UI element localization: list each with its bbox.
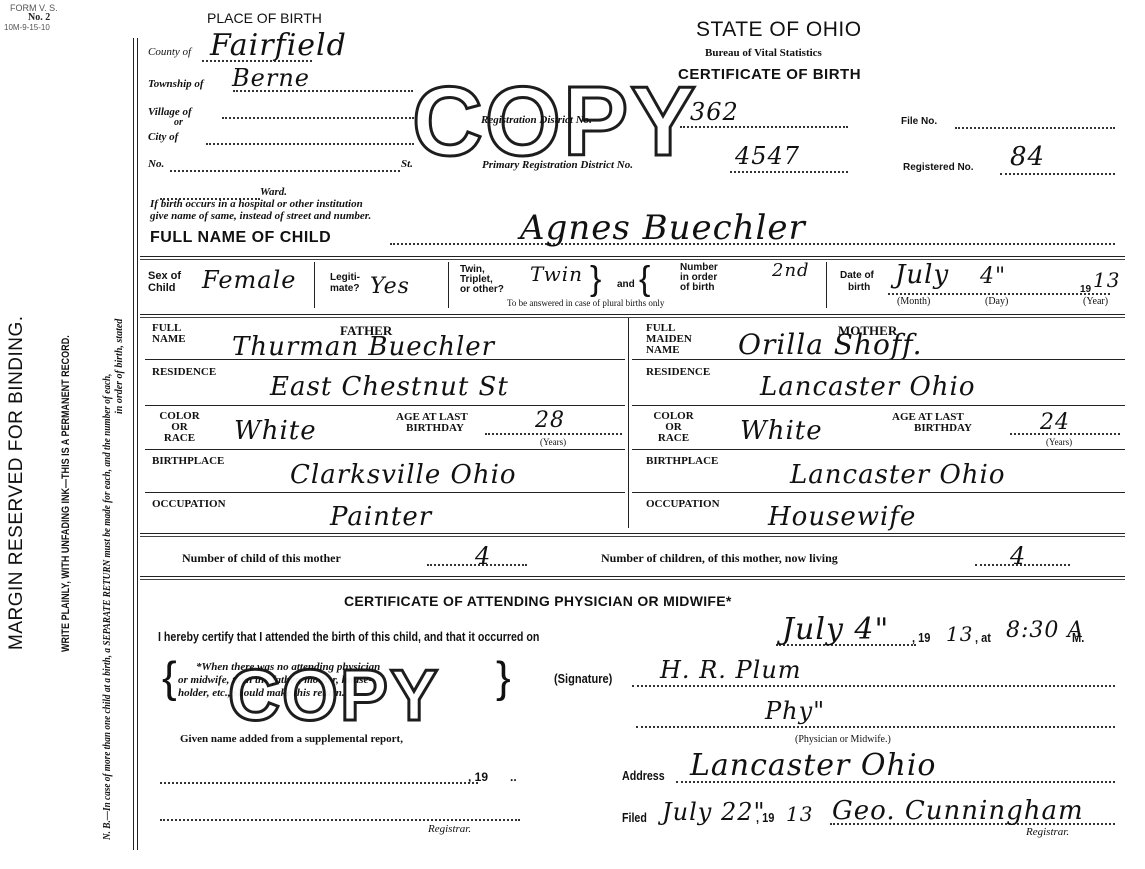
legit-label-2: mate? — [330, 283, 360, 294]
mother-birthplace-rule — [632, 492, 1125, 493]
mother-residence-rule — [632, 405, 1125, 406]
physician-heading: CERTIFICATE OF ATTENDING PHYSICIAN OR MI… — [344, 593, 732, 609]
supplemental-year-suffix: .. — [510, 770, 517, 784]
dob-label-2: birth — [840, 282, 874, 294]
copy-stamp-bottom: COPY — [228, 660, 440, 732]
village-dots — [222, 117, 414, 119]
primary-district-value[interactable]: 4547 — [735, 142, 800, 170]
mother-color-label: COLOR OR RACE — [646, 411, 701, 444]
signature-dots — [632, 685, 1115, 687]
mother-years-caption: (Years) — [1046, 437, 1072, 447]
mother-color-value[interactable]: White — [740, 416, 823, 446]
father-name-value[interactable]: Thurman Buechler — [232, 332, 495, 362]
primary-district-label: Primary Registration District No. — [482, 159, 633, 171]
mother-birthplace-label: BIRTHPLACE — [646, 455, 718, 467]
mother-residence-label: RESIDENCE — [646, 366, 710, 378]
city-dots — [206, 143, 414, 145]
child-number-value[interactable]: 4 — [475, 542, 491, 570]
note-brace-left: { — [162, 656, 177, 700]
institution-note-1: If birth occurs in a hospital or other i… — [150, 198, 363, 210]
dob-year-prefix: 19 — [1080, 284, 1091, 295]
registration-district-value[interactable]: 362 — [690, 98, 739, 126]
certify-year-value[interactable]: 13 — [946, 622, 973, 646]
divider-legit — [448, 262, 449, 308]
county-label: County of — [148, 46, 191, 58]
registered-no-value[interactable]: 84 — [1010, 142, 1045, 172]
mother-occupation-value[interactable]: Housewife — [768, 502, 916, 532]
mother-residence-value[interactable]: Lancaster Ohio — [760, 372, 975, 402]
address-label: Address — [622, 768, 665, 783]
order-value[interactable]: 2nd — [772, 260, 810, 281]
supplemental-heading: Given name added from a supplemental rep… — [180, 733, 403, 745]
supplemental-date-dots — [160, 782, 478, 784]
child-number-label: Number of child of this mother — [182, 551, 341, 566]
nb-note-line2: in order of birth, stated — [114, 319, 125, 414]
sex-value[interactable]: Female — [202, 266, 297, 294]
dob-day-value[interactable]: 4" — [980, 264, 1006, 289]
or-label: or — [174, 117, 183, 128]
father-name-label-2: NAME — [152, 334, 186, 345]
form-code: FORM V. S. No. 2 10M-9-15-10 — [4, 3, 104, 33]
and-label: and — [617, 279, 635, 290]
father-occupation-value[interactable]: Painter — [330, 502, 432, 532]
dob-label: Date of birth — [840, 270, 874, 294]
form-code-line1: FORM V. S. — [4, 3, 104, 13]
mother-name-label: FULL MAIDEN NAME — [646, 323, 692, 356]
certify-at-label: , at — [975, 630, 991, 645]
living-value[interactable]: 4 — [1010, 542, 1026, 570]
title-dots — [636, 726, 1115, 728]
filed-year-value[interactable]: 13 — [786, 802, 813, 826]
father-birthplace-rule — [145, 492, 625, 493]
township-value[interactable]: Berne — [232, 64, 310, 92]
dob-month-value[interactable]: July — [895, 260, 949, 290]
mother-color-rule — [632, 449, 1125, 450]
twin-label: Twin, Triplet, or other? — [460, 265, 504, 295]
note-brace-right: } — [496, 656, 511, 700]
mother-age-label-2: BIRTHDAY — [892, 423, 1012, 434]
sex-label-2: Child — [148, 282, 181, 294]
divider-order — [826, 262, 827, 308]
registrar-signature[interactable]: Geo. Cunningham — [832, 796, 1084, 826]
file-no-dots — [955, 127, 1115, 129]
parents-center-divider — [628, 318, 629, 528]
institution-note-2: give name of same, instead of street and… — [150, 210, 371, 222]
mother-name-value[interactable]: Orilla Shoff. — [738, 328, 923, 361]
order-label-3: of birth — [680, 283, 718, 293]
township-label: Township of — [148, 78, 204, 90]
street-no-label: No. — [148, 158, 164, 170]
dob-year-value[interactable]: 13 — [1093, 268, 1120, 292]
supplemental-registrar-dots — [160, 819, 520, 821]
registered-no-dots — [1000, 173, 1115, 175]
child-name-value[interactable]: Agnes Buechler — [520, 208, 806, 248]
registered-no-label: Registered No. — [903, 162, 974, 173]
mother-color-label-3: RACE — [646, 433, 701, 444]
bureau-title: Bureau of Vital Statistics — [705, 47, 822, 59]
father-age-dots — [485, 433, 622, 435]
ink-notice: WRITE PLAINLY, WITH UNFADING INK—THIS IS… — [60, 335, 72, 652]
village-label: Village of — [148, 106, 192, 118]
filed-registrar-caption: Registrar. — [1026, 826, 1069, 838]
place-of-birth-heading: PLACE OF BIRTH — [207, 10, 322, 26]
certificate-title: CERTIFICATE OF BIRTH — [678, 66, 861, 83]
supplemental-registrar-caption: Registrar. — [428, 823, 471, 835]
father-color-value[interactable]: White — [234, 416, 317, 446]
child-name-label: FULL NAME OF CHILD — [150, 229, 331, 247]
certify-year-prefix: , 19 — [912, 630, 930, 645]
father-birthplace-value[interactable]: Clarksville Ohio — [290, 460, 517, 490]
nb-note-line1: N. B.—In case of more than one child at … — [101, 373, 113, 840]
title-value[interactable]: Phy" — [765, 697, 825, 725]
father-age-label: AGE AT LAST BIRTHDAY — [396, 412, 516, 434]
day-caption: (Day) — [985, 296, 1008, 307]
street-dots — [170, 170, 400, 172]
state-title: STATE OF OHIO — [696, 18, 862, 42]
sex-label: Sex of Child — [148, 270, 181, 294]
signature-label: (Signature) — [554, 671, 612, 686]
registration-district-label: Registration District No. — [481, 114, 592, 126]
certify-date-value[interactable]: July 4" — [782, 612, 889, 647]
father-residence-value[interactable]: East Chestnut St — [270, 372, 509, 402]
mother-name-rule — [632, 359, 1125, 360]
filed-date-value[interactable]: July 22" — [662, 798, 766, 826]
dob-label-1: Date of — [840, 270, 874, 282]
father-occupation-label: OCCUPATION — [152, 498, 226, 510]
divider-child-name — [140, 256, 1125, 257]
plural-note: To be answered in case of plural births … — [507, 298, 664, 308]
year-caption: (Year) — [1083, 296, 1108, 307]
title-caption: (Physician or Midwife.) — [795, 734, 891, 745]
divider-sex — [314, 262, 315, 308]
supplemental-year-prefix: , 19 — [468, 770, 488, 784]
mother-name-label-3: NAME — [646, 345, 692, 356]
order-label: Number in order of birth — [680, 263, 718, 293]
form-left-border — [133, 38, 134, 850]
divider-child-row — [140, 314, 1125, 315]
primary-district-dots — [730, 171, 848, 173]
father-birthplace-label: BIRTHPLACE — [152, 455, 224, 467]
father-color-label: COLOR OR RACE — [152, 411, 207, 444]
mother-birthplace-value[interactable]: Lancaster Ohio — [790, 460, 1005, 490]
county-value[interactable]: Fairfield — [210, 28, 347, 63]
legit-label: Legiti- mate? — [330, 272, 360, 294]
signature-value[interactable]: H. R. Plum — [660, 656, 802, 684]
father-residence-rule — [145, 405, 625, 406]
twin-label-3: or other? — [460, 285, 504, 295]
divider-parents — [140, 533, 1125, 534]
sex-label-1: Sex of — [148, 270, 181, 282]
living-label: Number of children, of this mother, now … — [601, 551, 838, 566]
ward-label: Ward. — [260, 186, 287, 198]
father-years-caption: (Years) — [540, 437, 566, 447]
city-label: City of — [148, 131, 178, 143]
form-code-line2: No. 2 — [4, 13, 104, 23]
divider-counts — [140, 576, 1125, 577]
twin-brace: } — [590, 262, 601, 296]
form-left-border-inner — [137, 38, 138, 850]
mother-occupation-label: OCCUPATION — [646, 498, 720, 510]
month-caption: (Month) — [897, 296, 930, 307]
certify-text: I hereby certify that I attended the bir… — [158, 629, 539, 644]
mother-age-value[interactable]: 24 — [1040, 410, 1070, 435]
form-code-line3: 10M-9-15-10 — [4, 23, 104, 33]
registration-district-dots — [680, 126, 848, 128]
father-color-rule — [145, 449, 625, 450]
father-name-label: FULL NAME — [152, 323, 186, 345]
father-name-rule — [145, 359, 625, 360]
address-value[interactable]: Lancaster Ohio — [690, 748, 936, 783]
dob-dots — [888, 293, 1110, 295]
father-color-label-3: RACE — [152, 433, 207, 444]
legit-label-1: Legiti- — [330, 272, 360, 283]
father-age-value[interactable]: 28 — [535, 408, 565, 433]
filed-year-prefix: , 19 — [756, 810, 774, 825]
file-no-label: File No. — [901, 116, 937, 127]
certify-time-suffix: M. — [1072, 630, 1084, 645]
twin-value[interactable]: Twin — [530, 262, 583, 286]
order-brace: { — [639, 262, 650, 296]
filed-label: Filed — [622, 810, 647, 825]
legit-value[interactable]: Yes — [370, 274, 410, 299]
mother-age-label: AGE AT LAST BIRTHDAY — [892, 412, 1012, 434]
binding-margin-text: MARGIN RESERVED FOR BINDING. — [6, 315, 28, 650]
father-residence-label: RESIDENCE — [152, 366, 216, 378]
